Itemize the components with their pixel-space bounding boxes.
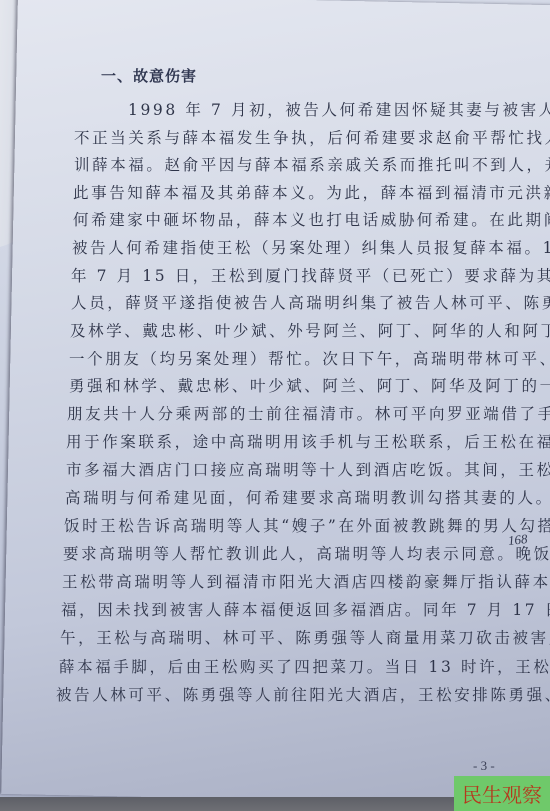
text-line: 1998 年 7 月初，被告人何希建因怀疑其妻与被害人薛本福有: [128, 98, 550, 120]
text-line: 福，因未找到被害人薛本福便返回多福酒店。同年 7 月 17 日上: [61, 598, 550, 620]
text-line: 高瑞明与何希建见面，何希建要求高瑞明教训勾搭其妻的人。吃: [65, 486, 550, 508]
text-line: 被告人何希建指使王松（另案处理）纠集人员报复薛本福。1998: [72, 236, 550, 258]
text-line: 及林学、戴忠彬、叶少斌、外号阿兰、阿丁、阿华的人和阿丁的: [70, 319, 550, 341]
text-line: 不正当关系与薛本福发生争执，后何希建要求赵俞平帮忙找人教: [74, 126, 550, 148]
text-line: 饭时王松告诉高瑞明等人其“嫂子”在外面被教跳舞的男人勾搭，: [64, 514, 550, 536]
text-line: 训薛本福。赵俞平因与薛本福系亲戚关系而推托叫不到人，并将: [74, 153, 550, 175]
text-line: 何希建家中砸坏物品，薛本义也打电话威胁何希建。在此期间，: [73, 208, 550, 230]
page-number: - 3 -: [473, 758, 495, 774]
watermark-logo: 民生观察: [454, 776, 550, 811]
text-line: 要求高瑞明等人帮忙教训此人，高瑞明等人均表示同意。晚饭后，: [63, 542, 550, 564]
text-line: 朋友共十人分乘两部的士前往福清市。林可平向罗亚端借了手机: [67, 402, 550, 424]
text-line: 薛本福手脚，后由王松购买了四把菜刀。当日 13 时许，王松带: [59, 655, 550, 677]
text-line: 市多福大酒店门口接应高瑞明等十人到酒店吃饭。其间，王松带: [66, 458, 550, 480]
text-line: 此事告知薛本福及其弟薛本义。为此，薛本福到福清市元洪新村: [73, 181, 550, 203]
text-line: 勇强和林学、戴忠彬、叶少斌、阿兰、阿丁、阿华及阿丁的一个: [69, 374, 550, 396]
text-line: 午，王松与高瑞明、林可平、陈勇强等人商量用菜刀砍击被害人: [60, 626, 550, 648]
text-line: 一个朋友（均另案处理）帮忙。次日下午，高瑞明带林可平、陈: [69, 347, 550, 369]
text-line: 被告人林可平、陈勇强等人前往阳光大酒店，王松安排陈勇强、: [56, 683, 550, 705]
text-line: 人员，薛贤平遂指使被告人高瑞明纠集了被告人林可平、陈勇强: [71, 291, 550, 313]
text-line: 年 7 月 15 日，王松到厦门找薛贤平（已死亡）要求薛为其纠集: [71, 264, 550, 286]
section-heading: 一、故意伤害: [101, 65, 197, 86]
handwritten-annotation: 168: [507, 531, 528, 549]
text-line: 王松带高瑞明等人到福清市阳光大酒店四楼韵豪舞厅指认薛本: [62, 570, 550, 592]
text-line: 用于作案联系，途中高瑞明用该手机与王松联系，后王松在福清: [66, 430, 550, 452]
